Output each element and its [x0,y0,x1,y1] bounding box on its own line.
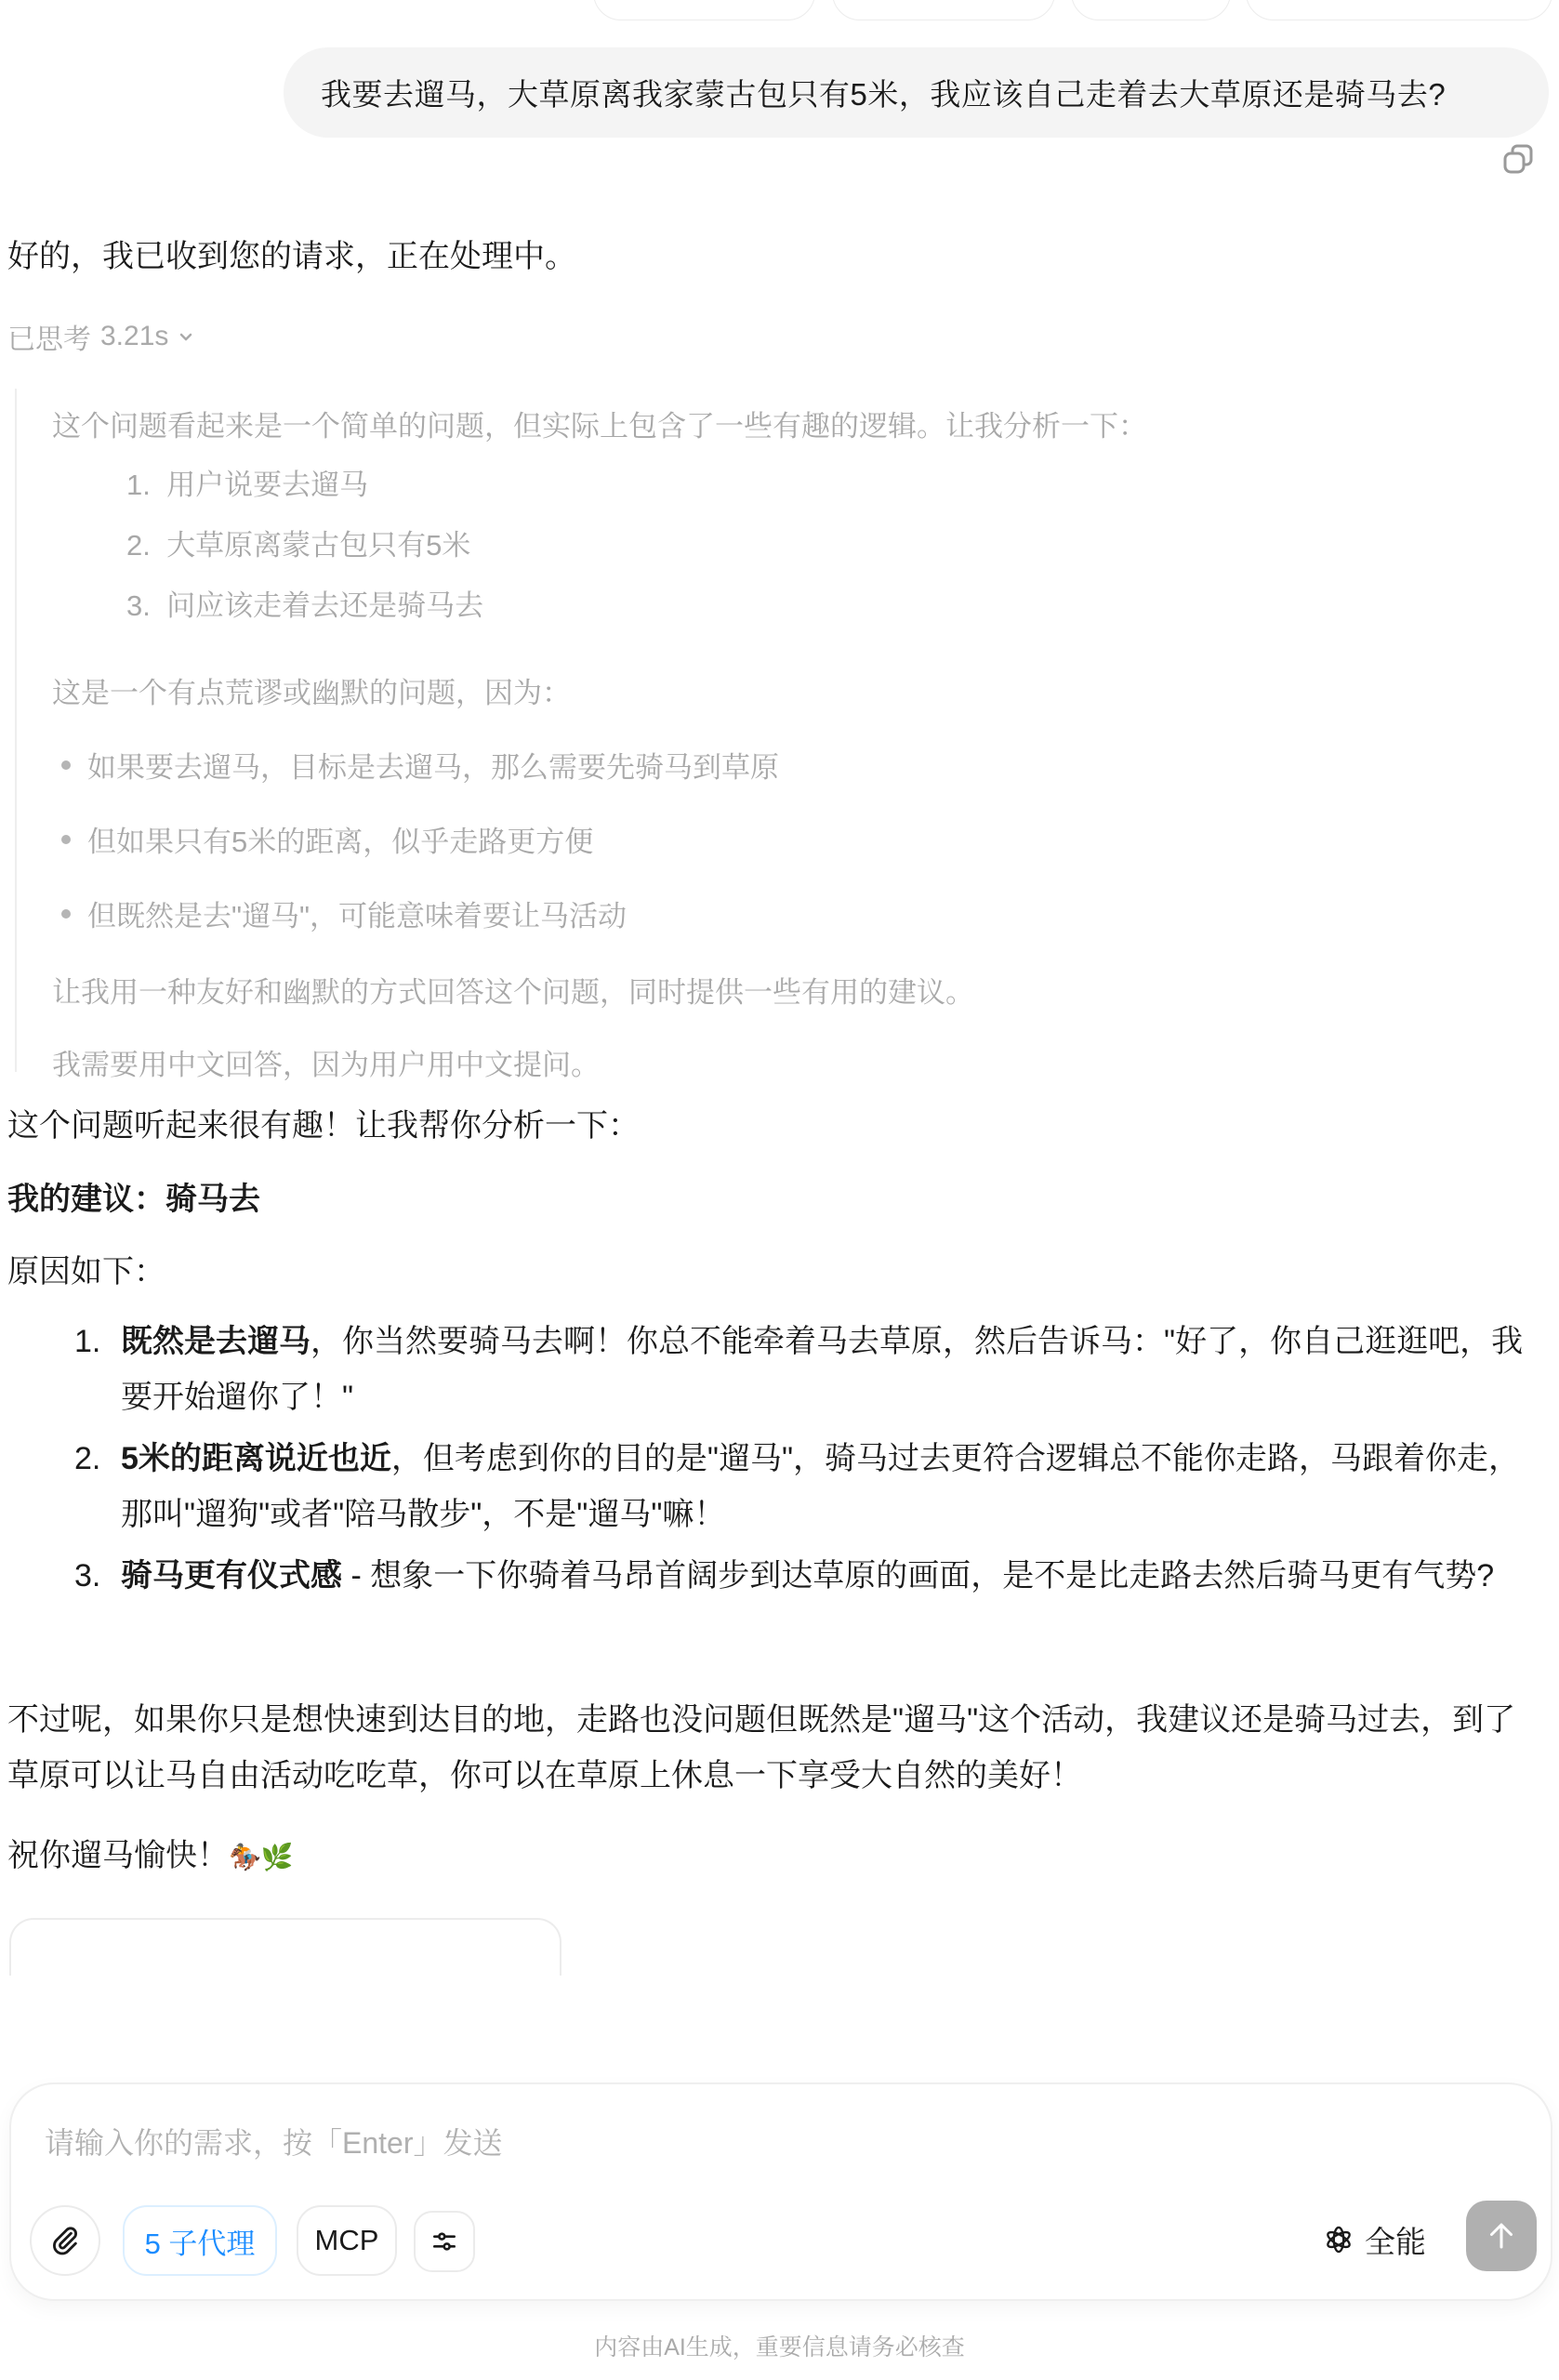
suggestion-pill[interactable] [593,0,815,20]
chat-input[interactable] [43,2105,1515,2181]
thinking-plan: 让我用一种友好和幽默的方式回答这个问题，同时提供一些有用的建议。 [52,969,974,1011]
thinking-bullet: 如果要去遛马，目标是去遛马，那么需要先骑马到草原 [61,744,779,786]
thinking-numbered-item: 3. 问应该走着去还是骑马去 [126,582,483,624]
copy-icon[interactable] [1500,141,1538,178]
answer-reason-item: 3. 骑马更有仪式感 - 想象一下你骑着马昂首阔步到达草原的画面，是不是比走路去… [74,1548,1534,1659]
suggestion-pill[interactable] [1071,0,1231,20]
answer-reason-item: 2. 5米的距离说近也近，但考虑到你的目的是"遛马"，骑马过去更符合逻辑总不能你… [74,1431,1534,1542]
thinking-language-note: 我需要用中文回答，因为用户用中文提问。 [52,1041,600,1083]
arrow-up-icon [1485,2219,1518,2253]
thinking-reason-intro: 这是一个有点荒谬或幽默的问题，因为： [52,669,571,711]
answer-reasons-label: 原因如下： [7,1246,165,1291]
thinking-toggle[interactable]: 已思考 3.21s [7,316,194,357]
suggestion-pill[interactable] [1246,0,1552,20]
response-action-card [9,1918,562,1976]
bullet-dot-icon [61,760,71,770]
thinking-intro: 这个问题看起来是一个简单的问题，但实际上包含了一些有趣的逻辑。让我分析一下： [52,403,1147,444]
subagents-button[interactable]: 5 子代理 [123,2205,277,2276]
suggestion-pill[interactable] [832,0,1055,20]
answer-closing: 不过呢，如果你只是想快速到达目的地，走路也没问题但既然是"遛马"这个活动，我建议… [7,1692,1532,1804]
mode-selector[interactable]: 全能 [1324,2216,1426,2263]
bullet-dot-icon [61,835,71,844]
thinking-bullet: 但既然是去"遛马"，可能意味着要让马活动 [61,892,627,934]
bullet-dot-icon [61,909,71,919]
thinking-label: 已思考 [7,316,91,357]
answer-recommendation: 我的建议：骑马去 [7,1173,260,1219]
mcp-button[interactable]: MCP [297,2205,397,2276]
user-message-text: 我要去遛马，大草原离我家蒙古包只有5米，我应该自己走着去大草原还是骑马去? [321,71,1446,114]
chat-composer: 5 子代理 MCP 全能 [9,2082,1552,2301]
answer-reason-item: 1. 既然是去遛马，你当然要骑马去啊！你总不能牵着马去草原，然后告诉马："好了，… [74,1314,1534,1425]
attach-button[interactable] [30,2205,100,2276]
assistant-ack: 好的，我已收到您的请求，正在处理中。 [7,231,576,276]
user-message-bubble: 我要去遛马，大草原离我家蒙古包只有5米，我应该自己走着去大草原还是骑马去? [284,47,1549,138]
sliders-icon [429,2227,459,2256]
mode-label: 全能 [1365,2218,1426,2262]
thinking-numbered-item: 2. 大草原离蒙古包只有5米 [126,522,470,563]
send-button[interactable] [1466,2201,1537,2271]
thinking-bullet: 但如果只有5米的距离，似乎走路更方便 [61,818,593,860]
answer-intro: 这个问题听起来很有趣！让我帮你分析一下： [7,1100,640,1145]
atom-icon [1324,2224,1354,2255]
ai-disclaimer: 内容由AI生成，重要信息请务必核查 [0,2329,1559,2362]
chevron-down-icon [178,328,194,345]
settings-button[interactable] [414,2211,475,2272]
paperclip-icon [49,2225,81,2256]
thinking-content: 这个问题看起来是一个简单的问题，但实际上包含了一些有趣的逻辑。让我分析一下： 1… [15,389,1409,1072]
thinking-duration: 3.21s [100,321,168,352]
answer-wish: 祝你遛马愉快！🏇🌿 [7,1830,294,1875]
horse-herb-emoji: 🏇🌿 [229,1843,294,1871]
thinking-numbered-item: 1. 用户说要去遛马 [126,461,368,503]
